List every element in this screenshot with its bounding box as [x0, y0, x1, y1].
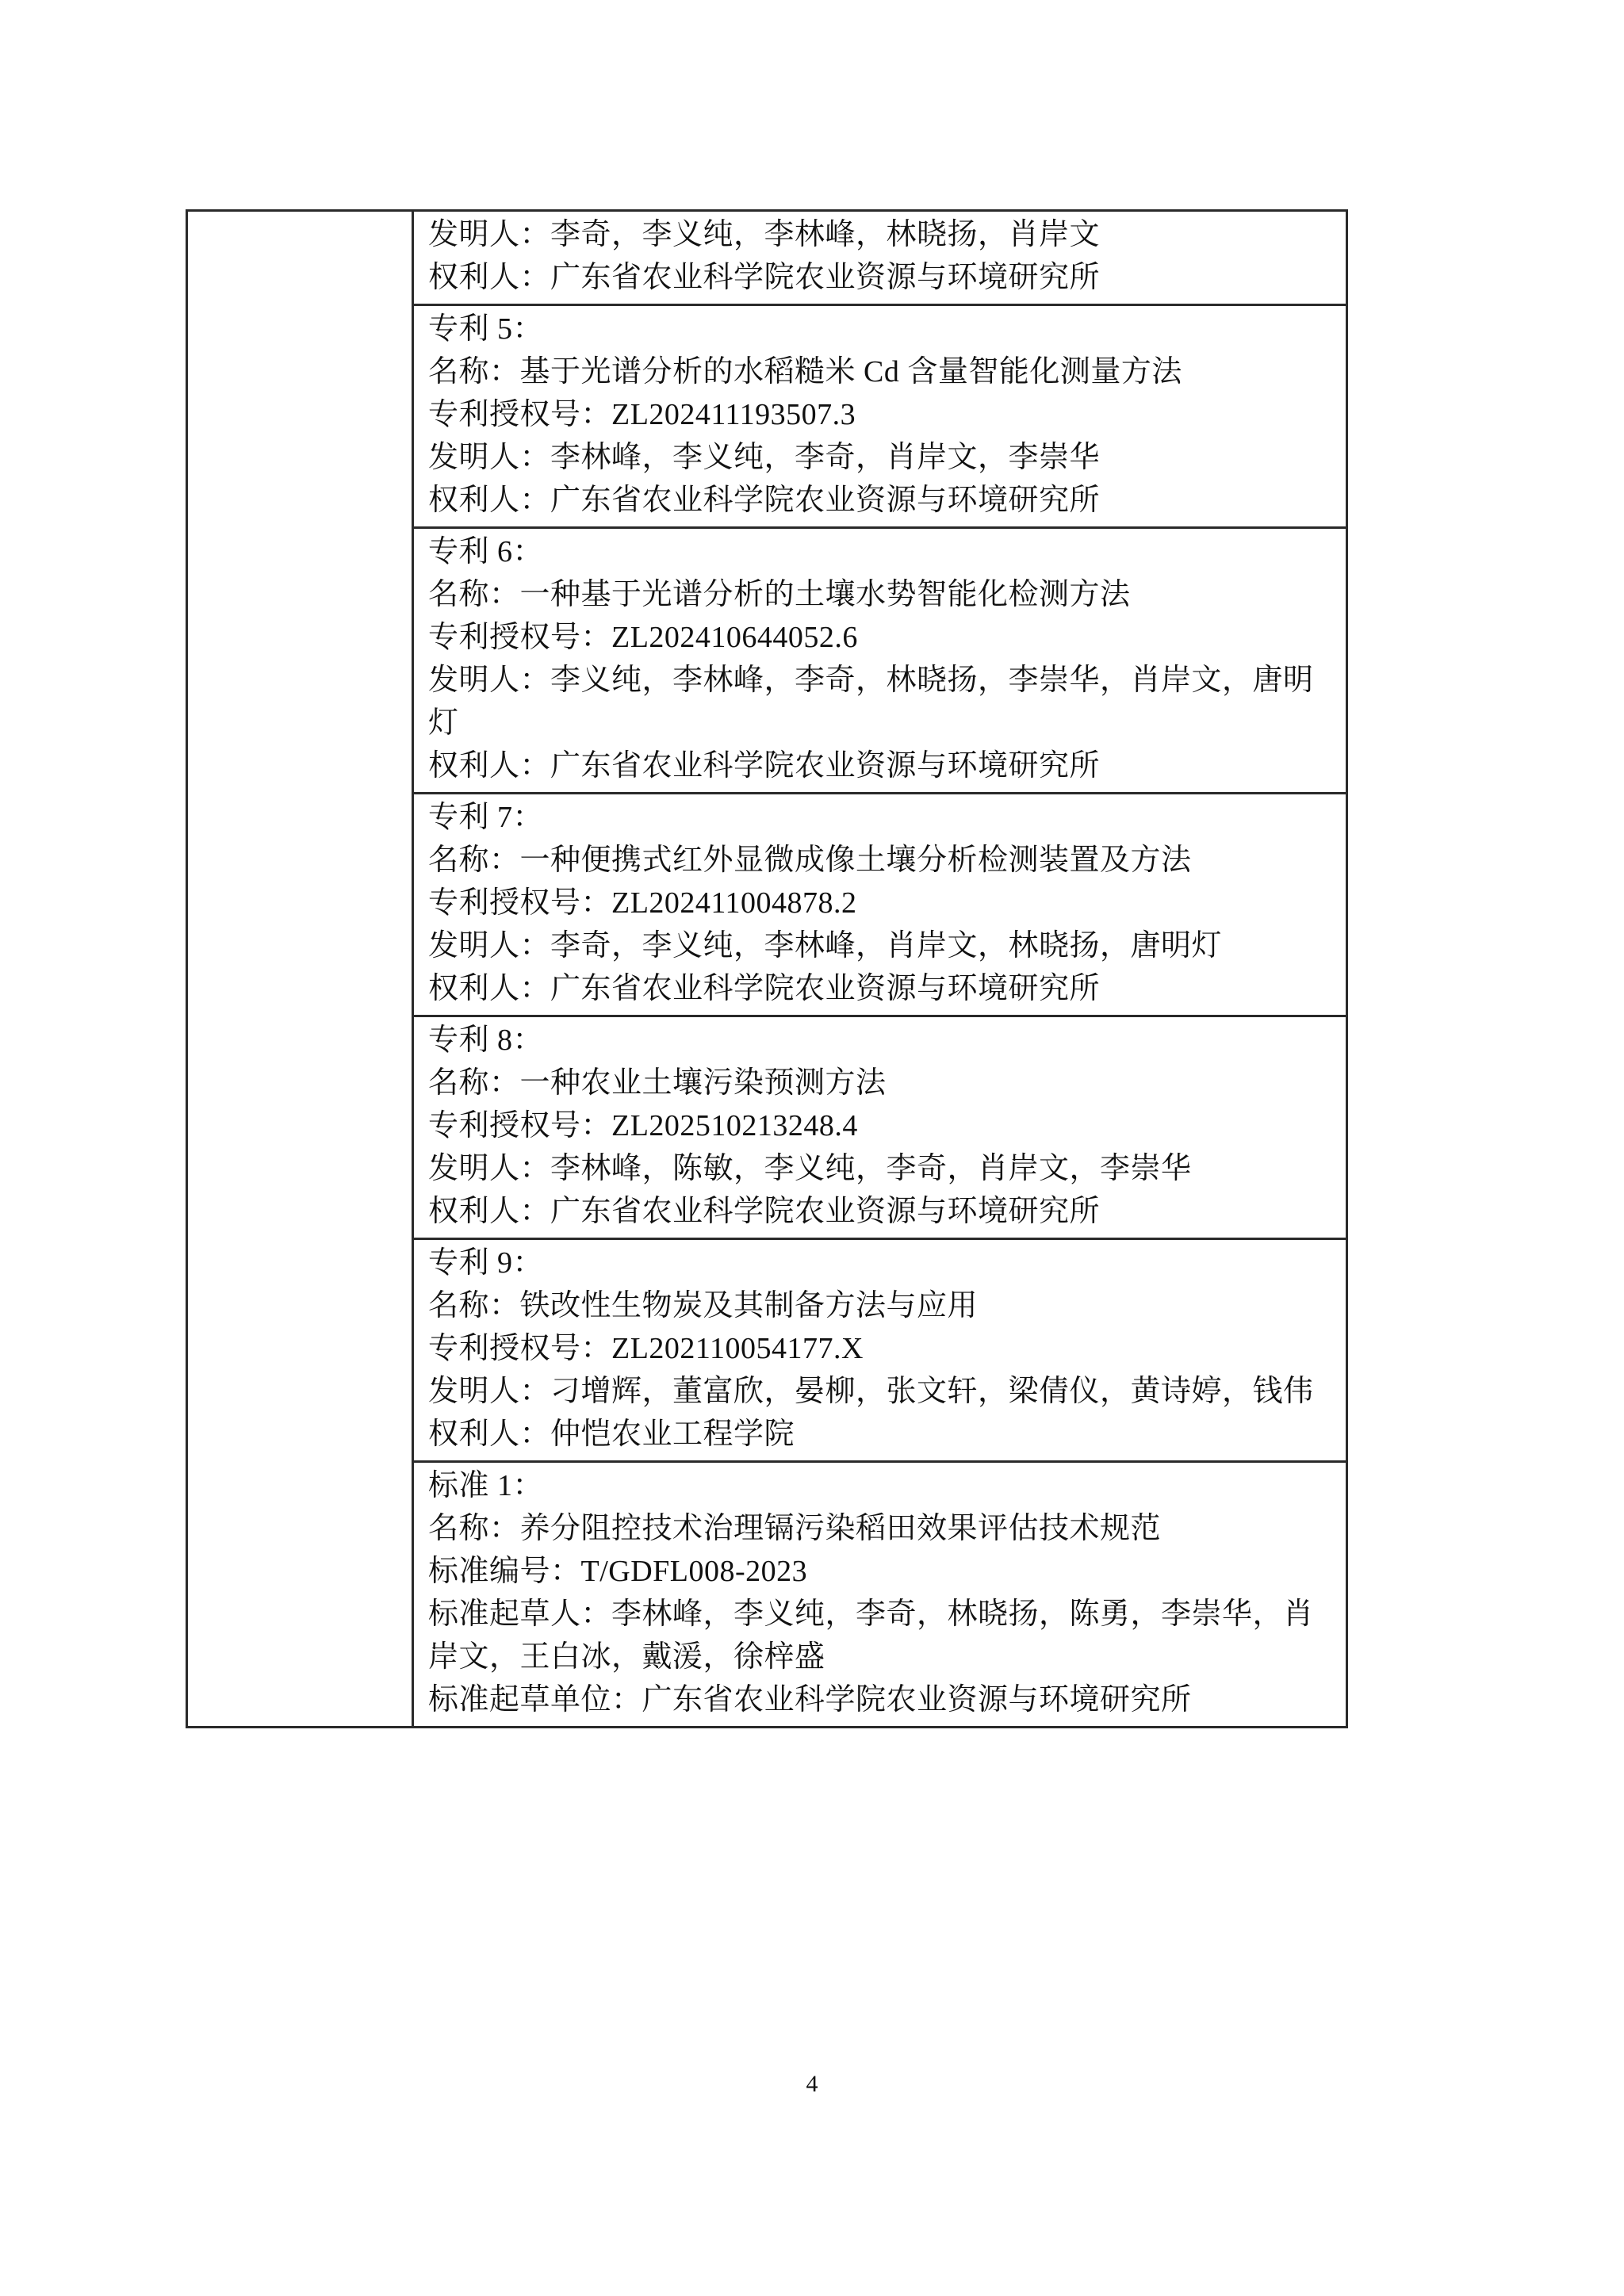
- inventors-line: 发明人：李林峰，陈敏，李义纯，李奇，肖岸文，李崇华: [428, 1147, 1338, 1190]
- assignee-line: 权利人：广东省农业科学院农业资源与环境研究所: [428, 967, 1338, 1010]
- patent-number-line: 专利授权号：ZL202110054177.X: [428, 1327, 1338, 1370]
- table-body: 发明人：李奇，李义纯，李林峰，林晓扬，肖岸文 权利人：广东省农业科学院农业资源与…: [187, 211, 1347, 1728]
- title-line: 名称：养分阻控技术治理镉污染稻田效果评估技术规范: [428, 1507, 1338, 1550]
- title-line: 名称：基于光谱分析的水稻糙米 Cd 含量智能化测量方法: [428, 350, 1338, 393]
- patent-6-cell: 专利 6： 名称：一种基于光谱分析的土壤水势智能化检测方法 专利授权号：ZL20…: [413, 528, 1347, 794]
- title-line: 名称：一种便携式红外显微成像土壤分析检测装置及方法: [428, 839, 1338, 882]
- assignee-line: 权利人：广东省农业科学院农业资源与环境研究所: [428, 744, 1338, 787]
- assignee-line: 权利人：广东省农业科学院农业资源与环境研究所: [428, 256, 1338, 299]
- patent-5-cell: 专利 5： 名称：基于光谱分析的水稻糙米 Cd 含量智能化测量方法 专利授权号：…: [413, 305, 1347, 528]
- patent-number-line: 专利授权号：ZL202411004878.2: [428, 882, 1338, 924]
- page-number: 4: [0, 2071, 1624, 2098]
- title-line: 名称：铁改性生物炭及其制备方法与应用: [428, 1284, 1338, 1327]
- inventors-line: 发明人：李奇，李义纯，李林峰，林晓扬，肖岸文: [428, 213, 1338, 256]
- merged-label-cell: [187, 211, 413, 1728]
- patent-7-cell: 专利 7： 名称：一种便携式红外显微成像土壤分析检测装置及方法 专利授权号：ZL…: [413, 794, 1347, 1016]
- item-heading: 专利 8：: [428, 1019, 1338, 1062]
- table-row: 发明人：李奇，李义纯，李林峰，林晓扬，肖岸文 权利人：广东省农业科学院农业资源与…: [187, 211, 1347, 305]
- inventors-line: 发明人：李义纯，李林峰，李奇，林晓扬，李崇华，肖岸文，唐明灯: [428, 659, 1338, 744]
- patent-number-line: 专利授权号：ZL202411193507.3: [428, 393, 1338, 436]
- assignee-line: 权利人：仲恺农业工程学院: [428, 1413, 1338, 1456]
- assignee-line: 权利人：广东省农业科学院农业资源与环境研究所: [428, 1190, 1338, 1233]
- patent-4-continued-cell: 发明人：李奇，李义纯，李林峰，林晓扬，肖岸文 权利人：广东省农业科学院农业资源与…: [413, 211, 1347, 305]
- assignee-line: 权利人：广东省农业科学院农业资源与环境研究所: [428, 479, 1338, 522]
- inventors-line: 发明人：刁增辉，董富欣，晏柳，张文轩，梁倩仪，黄诗婷，钱伟: [428, 1370, 1338, 1413]
- drafters-line: 标准起草人：李林峰，李义纯，李奇，林晓扬，陈勇，李崇华，肖岸文，王白冰，戴湲，徐…: [428, 1593, 1338, 1678]
- inventors-line: 发明人：李林峰，李义纯，李奇，肖岸文，李崇华: [428, 436, 1338, 479]
- item-heading: 专利 9：: [428, 1242, 1338, 1284]
- drafting-unit-line: 标准起草单位：广东省农业科学院农业资源与环境研究所: [428, 1678, 1338, 1721]
- patent-8-cell: 专利 8： 名称：一种农业土壤污染预测方法 专利授权号：ZL2025102132…: [413, 1016, 1347, 1239]
- inventors-line: 发明人：李奇，李义纯，李林峰，肖岸文，林晓扬，唐明灯: [428, 924, 1338, 967]
- achievements-table: 发明人：李奇，李义纯，李林峰，林晓扬，肖岸文 权利人：广东省农业科学院农业资源与…: [186, 209, 1348, 1728]
- patent-9-cell: 专利 9： 名称：铁改性生物炭及其制备方法与应用 专利授权号：ZL2021100…: [413, 1239, 1347, 1462]
- item-heading: 专利 6：: [428, 530, 1338, 573]
- item-heading: 标准 1：: [428, 1464, 1338, 1507]
- standard-number-line: 标准编号：T/GDFL008-2023: [428, 1550, 1338, 1593]
- item-heading: 专利 7：: [428, 796, 1338, 839]
- title-line: 名称：一种基于光谱分析的土壤水势智能化检测方法: [428, 573, 1338, 616]
- patent-number-line: 专利授权号：ZL202410644052.6: [428, 616, 1338, 659]
- patent-number-line: 专利授权号：ZL202510213248.4: [428, 1104, 1338, 1147]
- item-heading: 专利 5：: [428, 308, 1338, 350]
- standard-1-cell: 标准 1： 名称：养分阻控技术治理镉污染稻田效果评估技术规范 标准编号：T/GD…: [413, 1462, 1347, 1728]
- title-line: 名称：一种农业土壤污染预测方法: [428, 1062, 1338, 1104]
